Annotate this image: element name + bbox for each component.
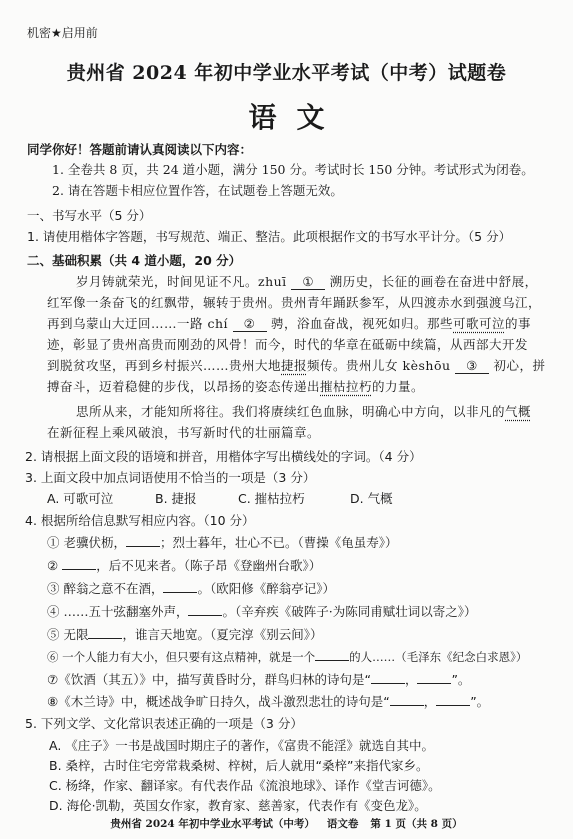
- confidential-mark: 机密★启用前: [27, 24, 98, 41]
- passage-text: 再到乌蒙山大迂回……一路 chí: [47, 316, 228, 331]
- dotted-word-a: 可歌可泣: [453, 316, 505, 331]
- blank-2: ②: [233, 316, 267, 332]
- passage-text: 红军像一条奋飞的红飘带，辗转于贵州。贵州青年踊跃参军，从四渡赤水到强渡乌江，: [47, 293, 541, 311]
- footer-page-number: 第 1 页（共 8 页）: [370, 818, 462, 830]
- answer-blank: [315, 648, 349, 661]
- answer-blank: [371, 671, 405, 684]
- passage-text: 的事: [505, 316, 531, 331]
- answer-blank: [436, 693, 470, 706]
- instructions-greeting: 同学你好！答题前请认真阅读以下内容：: [27, 140, 252, 158]
- page-footer: 贵州省 2024 年初中学业水平考试（中考）语文卷第 1 页（共 8 页）: [0, 816, 573, 831]
- passage-text: 的力量。: [372, 379, 424, 394]
- question-1: 1. 请使用楷体字答题，书写规范、端正、整洁。此项根据作文的书写水平计分。（5 …: [27, 227, 511, 245]
- answer-blank: [126, 534, 160, 547]
- passage-text: 频传。贵州儿女 kèshōu: [307, 358, 451, 373]
- option-a: A. 《庄子》一书是战国时期庄子的著作，《富贵不能淫》就选自其中。: [49, 736, 434, 754]
- recite-item-8: ⑧《木兰诗》中，概述战争旷日持久，战斗激烈悲壮的诗句是“，”。: [47, 692, 489, 710]
- passage-text: 迹，彰显了贵州高贵而刚劲的风骨！而今，时代的华章在砥砺中续篇，从西部大开发: [47, 335, 528, 353]
- passage-text: 骋，浴血奋战，视死如归。那些: [271, 316, 453, 331]
- recite-item-7: ⑦《饮酒（其五）》中，描写黄昏时分，群鸟归林的诗句是“，”。: [47, 670, 470, 688]
- option-b: B. 捷报: [155, 489, 197, 507]
- option-c: C. 摧枯拉朽: [238, 489, 305, 507]
- recite-item-5: ⑤ 无限，谁言天地宽。（夏完淳《别云间》）: [47, 625, 323, 643]
- recite-item-4: ④ ……五十弦翻塞外声，。（辛弃疾《破阵子·为陈同甫赋壮词以寄之》）: [47, 602, 476, 620]
- option-a: A. 可歌可泣: [47, 489, 113, 507]
- passage-text: 在新征程上乘风破浪，书写新时代的壮丽篇章。: [47, 423, 320, 441]
- option-d: D. 气概: [350, 489, 393, 507]
- footer-exam: 贵州省 2024 年初中学业水平考试（中考）: [110, 818, 315, 830]
- question-4: 4. 根据所给信息默写相应内容。（10 分）: [25, 511, 255, 529]
- passage-text: 搏奋斗，迈着稳健的步伐，以昂扬的姿态传递出: [47, 379, 320, 394]
- answer-blank: [417, 671, 451, 684]
- dotted-word-d: 气概: [505, 404, 531, 419]
- answer-blank: [188, 603, 222, 616]
- answer-blank: [62, 557, 96, 570]
- option-c: C. 杨绛，作家、翻译家。有代表作品《流浪地球》、译作《堂吉诃德》。: [49, 776, 441, 794]
- passage-text: 溯历史，长征的画卷在奋进中舒展，: [330, 274, 538, 289]
- option-b: B. 桑梓，古时住宅旁常栽桑树、梓树，后人就用“桑梓”来指代家乡。: [49, 756, 428, 774]
- footer-paper: 语文卷: [327, 818, 359, 830]
- answer-blank: [163, 580, 197, 593]
- dotted-word-c: 摧枯拉朽: [320, 379, 372, 394]
- passage-text: 思所从来，才能知所将往。我们将赓续红色血脉，明确心中方向，以非凡的: [76, 404, 505, 419]
- exam-page: 机密★启用前 贵州省 2024 年初中学业水平考试（中考）试题卷 语文 同学你好…: [0, 0, 573, 839]
- recite-item-3: ③ 醉翁之意不在酒，。（欧阳修《醉翁亭记》）: [47, 579, 335, 597]
- question-5: 5. 下列文学、文化常识表述正确的一项是（3 分）: [25, 714, 303, 732]
- instruction-item-1: 1. 全卷共 8 页，共 24 道小题，满分 150 分。考试时长 150 分钟…: [52, 160, 534, 178]
- section-1-heading: 一、书写水平（5 分）: [27, 206, 151, 224]
- section-2-heading: 二、基础积累（共 4 道小题，20 分）: [27, 251, 241, 269]
- exam-title: 贵州省 2024 年初中学业水平考试（中考）试题卷: [0, 58, 573, 85]
- passage-text: 岁月铸就荣光，时间见证不凡。zhuī: [76, 274, 287, 289]
- recite-item-6: ⑥ 一个人能力有大小，但只要有这点精神，就是一个的人……（毛泽东《纪念白求恩》）: [47, 648, 527, 665]
- passage-text: 初心，拼: [494, 358, 546, 373]
- answer-blank: [390, 693, 424, 706]
- recite-item-1: ① 老骥伏枥，；烈士暮年，壮心不已。（曹操《龟虽寿》）: [47, 533, 398, 551]
- blank-3: ③: [455, 358, 489, 374]
- question-3: 3. 上面文段中加点词语使用不恰当的一项是（3 分）: [25, 468, 315, 486]
- dotted-word-b: 捷报: [281, 358, 307, 373]
- recite-item-2: ② ，后不见来者。（陈子昂《登幽州台歌》）: [47, 556, 321, 574]
- answer-blank: [88, 626, 122, 639]
- option-d: D. 海伦·凯勒，英国女作家，教育家、慈善家，代表作有《变色龙》。: [49, 796, 427, 814]
- blank-1: ①: [291, 274, 325, 290]
- question-2: 2. 请根据上面文段的语境和拼音，用楷体字写出横线处的字词。（4 分）: [25, 447, 422, 465]
- passage-text: 到脱贫攻坚，再到乡村振兴……贵州大地: [47, 358, 281, 373]
- subject-title: 语文: [0, 96, 573, 136]
- instruction-item-2: 2. 请在答题卡相应位置作答，在试题卷上答题无效。: [52, 181, 343, 199]
